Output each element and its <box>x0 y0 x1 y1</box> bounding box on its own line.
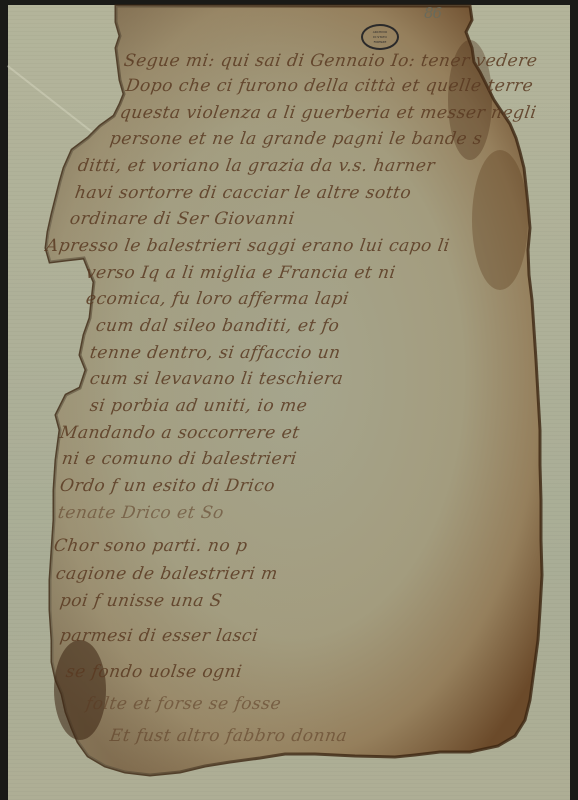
text-line: Chor sono parti. no p <box>53 536 249 556</box>
text-line: tenate Drico et So <box>57 503 226 523</box>
text-line: cagione de balestrieri m <box>55 564 280 584</box>
text-line: cum si levavano li teschiera <box>89 369 345 389</box>
text-line: se fondo uolse ogni <box>65 662 244 682</box>
text-line: Mandando a soccorrere et <box>59 423 301 443</box>
text-line: poi f unisse una S <box>59 591 224 611</box>
manuscript-text: Segue mi: qui sai di Gennaio Io: tener v… <box>0 0 578 800</box>
text-line: si porbia ad uniti, io me <box>89 396 309 416</box>
text-line: parmesi di esser lasci <box>59 626 260 646</box>
text-line: ordinare di Ser Giovanni <box>69 209 296 229</box>
text-line: tenne dentro, si affaccio un <box>89 343 342 363</box>
text-line: questa violenza a li guerberia et messer… <box>119 103 538 123</box>
text-line: ni e comuno di balestrieri <box>61 449 298 469</box>
text-line: ecomica, fu loro afferma lapi <box>85 289 351 309</box>
text-line: havi sortorre di cacciar le altre sotto <box>74 183 413 203</box>
text-line: Et fust altro fabbro donna <box>109 726 349 746</box>
text-line: cum dal sileo banditi, et fo <box>95 316 341 336</box>
text-line: folte et forse se fosse <box>85 694 283 714</box>
text-line: ditti, et voriano la grazia da v.s. harn… <box>77 156 437 176</box>
text-line: Ordo f un esito di Drico <box>59 476 277 496</box>
text-line: persone et ne la grande pagni le bande s <box>109 129 484 149</box>
text-line: Dopo che ci furono della città et quelle… <box>125 76 535 96</box>
text-line: Segue mi: qui sai di Gennaio Io: tener v… <box>123 51 539 71</box>
text-line: verso Iq a li miglia e Francia et ni <box>85 263 397 283</box>
text-line: Apresso le balestrieri saggi erano lui c… <box>45 236 451 256</box>
